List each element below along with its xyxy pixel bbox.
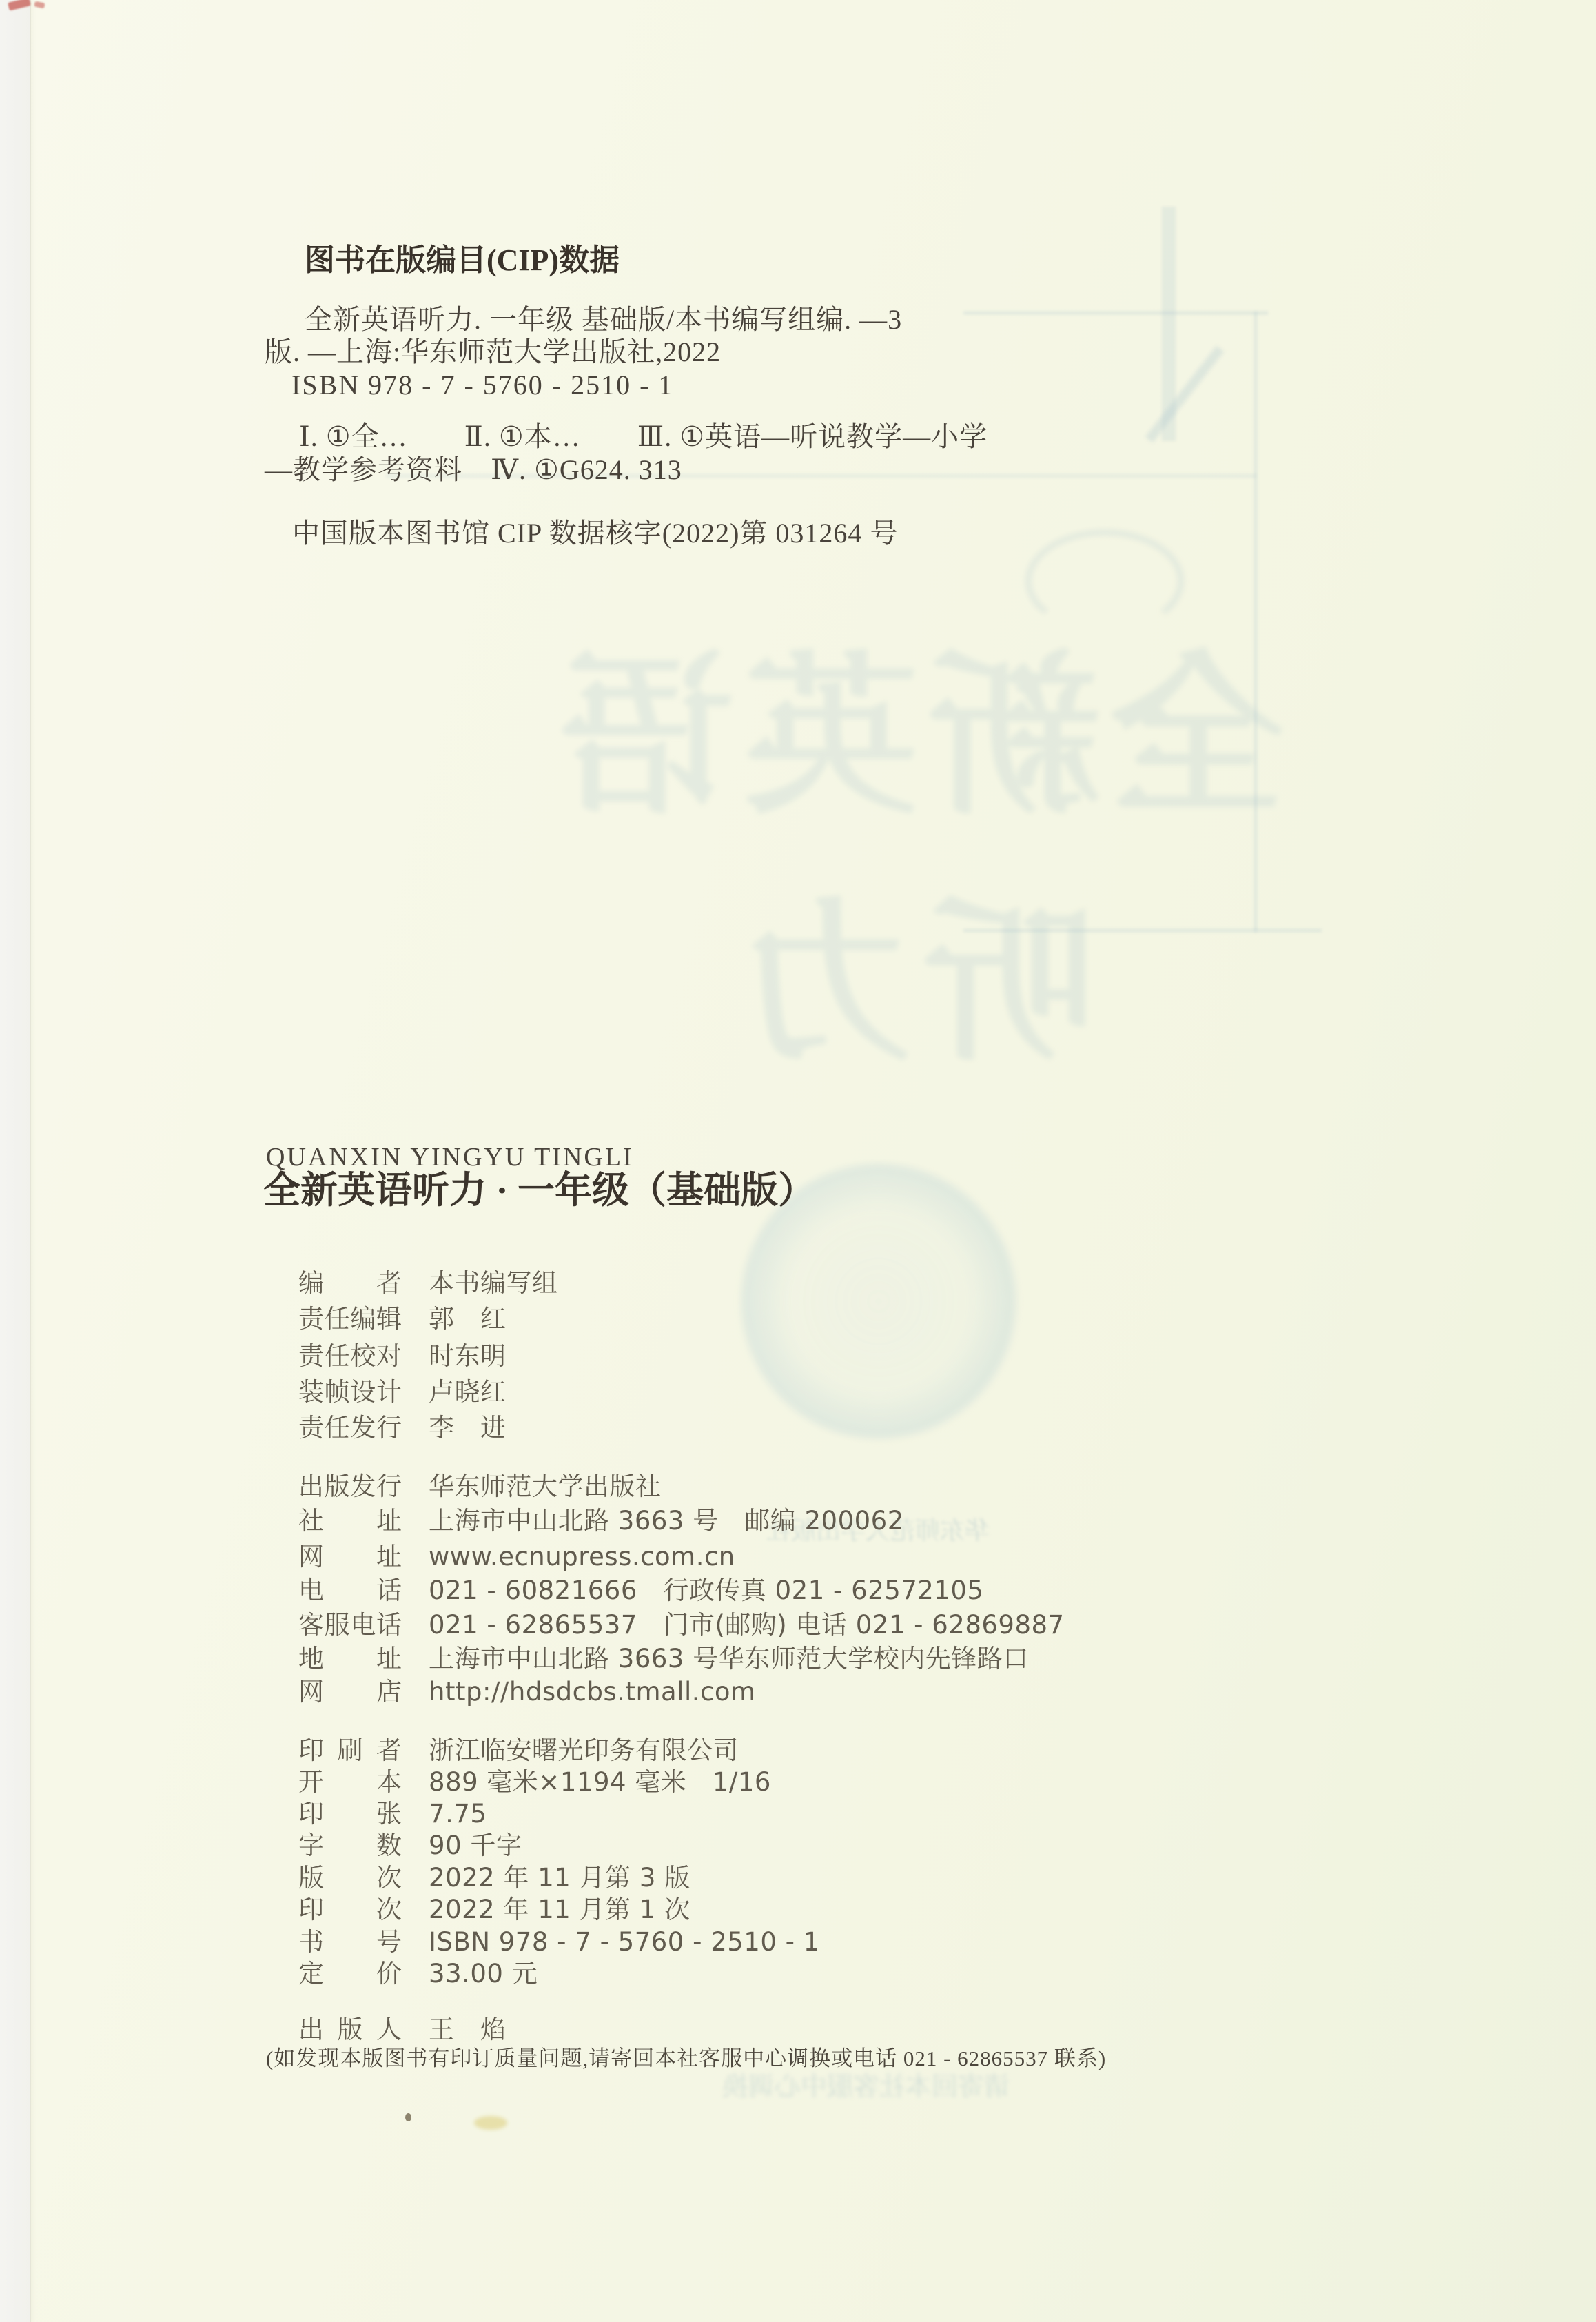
title-pinyin: QUANXIN YINGYU TINGLI xyxy=(266,1144,634,1170)
ghost-hump-outline xyxy=(1025,529,1184,633)
staff-row-designer: 装帧设计卢晓红 xyxy=(266,1350,507,1381)
publisher-row-online-store: 网店http://hdsdcbs.tmall.com xyxy=(266,1649,756,1681)
cip-line-2: 版. —上海:华东师范大学出版社,2022 xyxy=(265,337,721,367)
printing-row-price: 定价33.00 元 xyxy=(266,1931,538,1963)
row-value: http://hdsdcbs.tmall.com xyxy=(429,1678,755,1706)
publisher-row-phone: 电话021 - 60821666 行政传真 021 - 62572105 xyxy=(266,1548,983,1580)
staff-row-responsible-editor: 责任编辑郭 红 xyxy=(266,1276,507,1308)
publisher-row-street-address: 地址上海市中山北路 3663 号华东师范大学校内先锋路口 xyxy=(266,1616,1029,1648)
row-value: 33.00 元 xyxy=(429,1959,538,1988)
publisher-row-address: 社址上海市中山北路 3663 号 邮编 200062 xyxy=(266,1478,904,1510)
printing-row-impression: 印次2022 年 11 月第 1 次 xyxy=(266,1867,690,1899)
cip-line-isbn: ISBN 978 - 7 - 5760 - 2510 - 1 xyxy=(291,370,673,400)
ghost-mirrored-title-row1: 全新英语 xyxy=(551,651,1285,824)
staff-row-distribution: 责任发行李 进 xyxy=(266,1385,507,1417)
printing-row-word-count: 字数90 千字 xyxy=(266,1803,522,1835)
book-copyright-page: 全新英语 听力 华东师范大学出版社 请寄回本社客服中心调换 图书在版编目(CIP… xyxy=(0,0,1596,2322)
staff-row-editor: 编者本书编写组 xyxy=(266,1241,558,1272)
red-pen-mark xyxy=(34,1,45,9)
cip-line-1: 全新英语听力. 一年级 基础版/本书编写组编. —3 xyxy=(305,305,902,335)
row-label: 责任发行 xyxy=(298,1414,402,1442)
ghost-check-stroke xyxy=(1145,345,1224,442)
publisher-person-row: 出版人王 焰 xyxy=(266,1987,507,2019)
cip-record-number: 中国版本图书馆 CIP 数据核字(2022)第 031264 号 xyxy=(292,518,898,549)
printing-row-edition: 版次2022 年 11 月第 3 版 xyxy=(266,1835,690,1867)
publisher-row-website: 网址www.ecnupress.com.cn xyxy=(266,1514,735,1546)
ghost-mirrored-band-bottom: 请寄回本社客服中心调换 xyxy=(722,2073,1010,2099)
ghost-box-right-line xyxy=(1254,312,1257,932)
printing-row-sheets: 印张7.75 xyxy=(266,1771,487,1803)
ghost-vertical-band xyxy=(1162,207,1176,441)
row-value: 王 焰 xyxy=(429,2015,507,2044)
cip-line-classification-2: —教学参考资料 Ⅳ. ①G624. 313 xyxy=(265,455,682,485)
scan-edge-strip xyxy=(0,0,31,2322)
staff-row-proofreader: 责任校对时东明 xyxy=(266,1314,507,1345)
quality-note: (如发现本版图书有印订质量问题,请寄回本社客服中心调换或电话 021 - 628… xyxy=(266,2041,1106,2072)
printing-row-isbn: 书号ISBN 978 - 7 - 5760 - 2510 - 1 xyxy=(266,1900,820,1931)
cip-line-classification-1: Ⅰ. ①全… Ⅱ. ①本… Ⅲ. ①英语—听说教学—小学 xyxy=(299,422,988,452)
stain-speck xyxy=(474,2116,507,2130)
book-title: 全新英语听力 · 一年级（基础版） xyxy=(263,1169,815,1212)
printing-row-printer: 印刷者浙江临安曙光印务有限公司 xyxy=(266,1708,739,1740)
ghost-box-bottom-line xyxy=(963,929,1322,932)
publisher-row-publisher: 出版发行华东师范大学出版社 xyxy=(266,1444,662,1476)
row-label: 出版人 xyxy=(298,2015,402,2044)
row-label: 定价 xyxy=(298,1959,402,1988)
cip-heading: 图书在版编目(CIP)数据 xyxy=(305,245,620,276)
publisher-row-service-phone: 客服电话021 - 62865537 门市(邮购) 电话 021 - 62869… xyxy=(266,1582,1065,1614)
ghost-box-top-line xyxy=(963,312,1268,314)
printing-row-format: 开本889 毫米×1194 毫米 1/16 xyxy=(266,1740,771,1771)
ink-speck xyxy=(405,2113,411,2121)
row-label: 网店 xyxy=(298,1678,402,1706)
row-value: 李 进 xyxy=(429,1414,507,1442)
ghost-mirrored-title-row2: 听力 xyxy=(729,897,1096,1071)
